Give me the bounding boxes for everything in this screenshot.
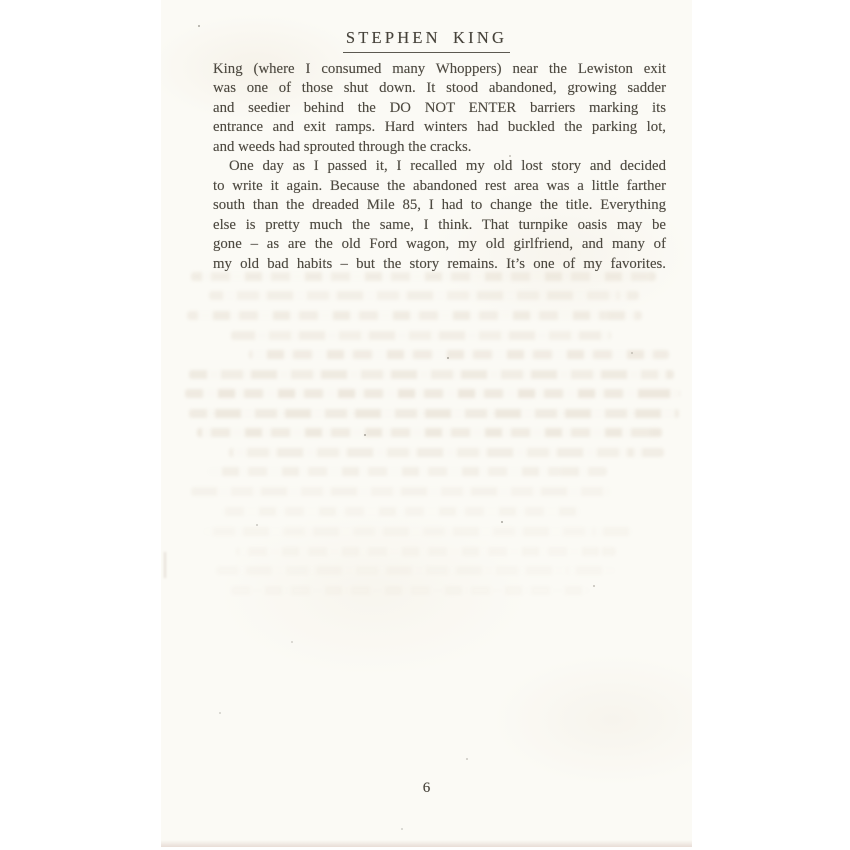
show-through-ghost-line [221, 507, 581, 516]
show-through-ghost-line [197, 428, 662, 437]
dust-speck [509, 155, 511, 157]
body-line: One day as I passed it, I recalled my ol… [213, 157, 666, 176]
dust-speck [593, 585, 595, 587]
body-text: King (where I consumed many Whoppers) ne… [213, 60, 666, 274]
show-through-ghost-line [189, 409, 679, 418]
body-line: and weeds had sprouted through the crack… [213, 138, 666, 157]
running-header-text: STEPHEN KING [343, 28, 510, 53]
show-through-ghost-line [236, 547, 616, 556]
show-through-ghost-line [231, 331, 611, 340]
dust-speck [501, 521, 503, 523]
body-line: was one of those shut down. It stood aba… [213, 79, 666, 98]
show-through-ghost-line [209, 291, 639, 300]
page-bottom-edge-shadow [161, 840, 692, 847]
dust-speck [401, 828, 403, 830]
body-line: King (where I consumed many Whoppers) ne… [213, 60, 666, 79]
body-line: entrance and exit ramps. Hard winters ha… [213, 118, 666, 137]
dust-speck [466, 758, 468, 760]
body-line: to write it again. Because the abandoned… [213, 177, 666, 196]
dust-speck [447, 357, 449, 359]
running-header: STEPHEN KING [161, 28, 692, 53]
paragraph-2: One day as I passed it, I recalled my ol… [213, 157, 666, 274]
show-through-ghost-line [231, 586, 591, 595]
body-line: south than the dreaded Mile 85, I had to… [213, 196, 666, 215]
body-line: else is pretty much the same, I think. T… [213, 216, 666, 235]
show-through-ghost-line [229, 448, 664, 457]
scan-canvas: STEPHEN KING King (where I consumed many… [0, 0, 850, 850]
show-through-ghost-line [216, 566, 616, 575]
show-through-ghost-line [191, 487, 611, 496]
dust-speck [631, 352, 633, 354]
dust-speck [219, 712, 221, 714]
page-edge-mark [164, 552, 166, 578]
dust-speck [198, 25, 200, 27]
show-through-ghost-line [249, 350, 669, 359]
show-through-ghost-line [187, 311, 642, 320]
book-page: STEPHEN KING King (where I consumed many… [161, 0, 692, 847]
dust-speck [256, 524, 258, 526]
dust-speck [364, 434, 366, 436]
show-through-ghost-line [189, 370, 674, 379]
body-line: and seedier behind the DO NOT ENTER barr… [213, 99, 666, 118]
show-through-ghost-line [203, 527, 633, 536]
paragraph-1: King (where I consumed many Whoppers) ne… [213, 60, 666, 157]
show-through-ghost-line [207, 467, 607, 476]
show-through-ghost-line [191, 272, 656, 281]
dust-speck [291, 641, 293, 643]
body-line: gone – as are the old Ford wagon, my old… [213, 235, 666, 254]
page-number: 6 [161, 780, 692, 797]
show-through-ghost-line [185, 389, 680, 398]
